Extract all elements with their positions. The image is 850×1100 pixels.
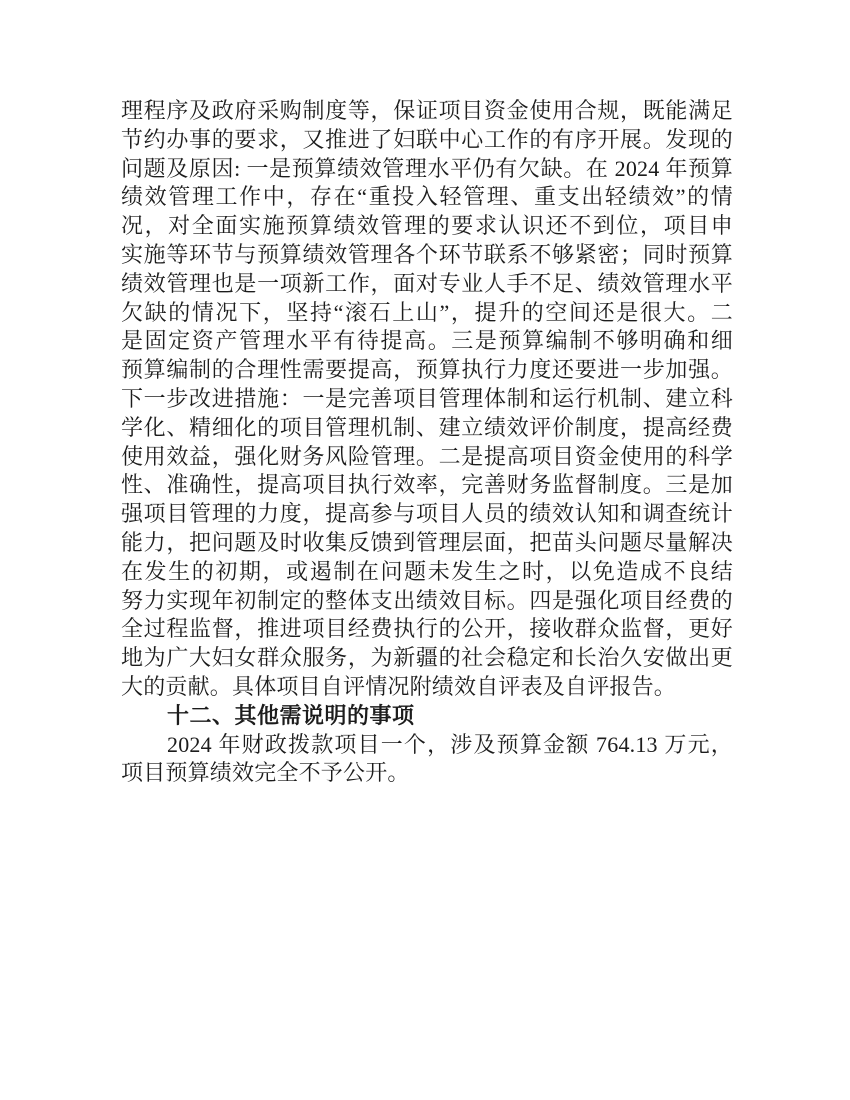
text-line: 节约办事的要求，又推进了妇联中心工作的有序开展。发现的: [121, 126, 733, 155]
section-heading: 十二、其他需说明的事项: [121, 702, 733, 731]
text-line: 2024 年财政拨款项目一个，涉及预算金额 764.13 万元，: [121, 731, 733, 760]
text-line: 是固定资产管理水平有待提高。三是预算编制不够明确和细化，: [121, 327, 733, 356]
text-line: 预算编制的合理性需要提高，预算执行力度还要进一步加强。: [121, 356, 733, 385]
text-line: 学化、精细化的项目管理机制、建立绩效评价制度，提高经费: [121, 414, 733, 443]
text-line: 能力，把问题及时收集反馈到管理层面，把苗头问题尽量解决: [121, 529, 733, 558]
text-line: 下一步改进措施：一是完善项目管理体制和运行机制、建立科: [121, 385, 733, 414]
text-line: 欠缺的情况下，坚持“滚石上山”，提升的空间还是很大。二: [121, 299, 733, 328]
text-line: 问题及原因: 一是预算绩效管理水平仍有欠缺。在 2024 年预算: [121, 155, 733, 184]
text-line: 强项目管理的力度，提高参与项目人员的绩效认知和调查统计: [121, 500, 733, 529]
text-line: 使用效益，强化财务风险管理。二是提高项目资金使用的科学: [121, 443, 733, 472]
text-line: 绩效管理也是一项新工作，面对专业人手不足、绩效管理水平: [121, 270, 733, 299]
text-line: 项目预算绩效完全不予公开。: [121, 759, 733, 788]
document-text-block: 理程序及政府采购制度等，保证项目资金使用合规，既能满足节约办事的要求，又推进了妇…: [121, 97, 733, 788]
text-line: 绩效管理工作中，存在“重投入轻管理、重支出轻绩效”的情: [121, 183, 733, 212]
text-line: 全过程监督，推进项目经费执行的公开，接收群众监督，更好: [121, 615, 733, 644]
document-page: 理程序及政府采购制度等，保证项目资金使用合规，既能满足节约办事的要求，又推进了妇…: [0, 0, 850, 1100]
text-line: 在发生的初期，或遏制在问题未发生之时，以免造成不良结果，: [121, 558, 733, 587]
text-line: 实施等环节与预算绩效管理各个环节联系不够紧密；同时预算: [121, 241, 733, 270]
text-line: 努力实现年初制定的整体支出绩效目标。四是强化项目经费的: [121, 587, 733, 616]
text-line: 况，对全面实施预算绩效管理的要求认识还不到位，项目申报、: [121, 212, 733, 241]
text-line: 地为广大妇女群众服务，为新疆的社会稳定和长治久安做出更: [121, 644, 733, 673]
text-line: 性、准确性，提高项目执行效率，完善财务监督制度。三是加: [121, 471, 733, 500]
text-line: 理程序及政府采购制度等，保证项目资金使用合规，既能满足: [121, 97, 733, 126]
text-line: 大的贡献。具体项目自评情况附绩效自评表及自评报告。: [121, 673, 733, 702]
